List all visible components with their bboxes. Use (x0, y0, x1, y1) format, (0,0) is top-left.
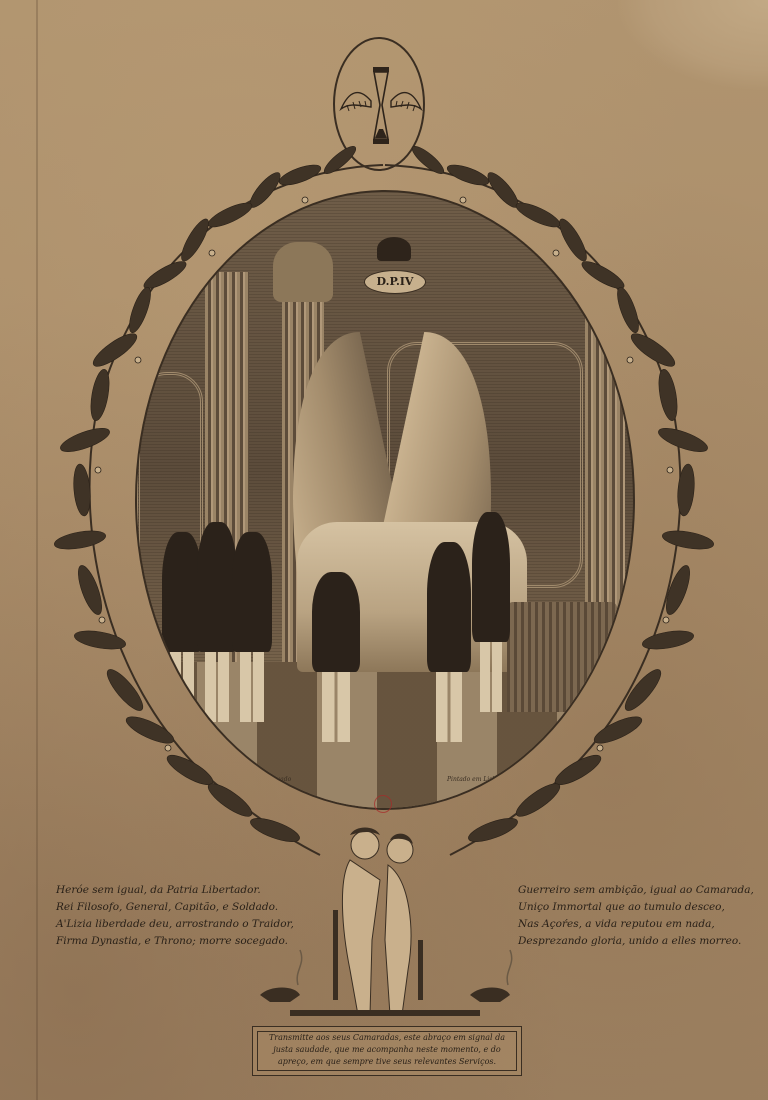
column-capital (273, 242, 333, 302)
deathbed-scene: D.P.IV J. J. F. Gravado Pintado em Lisbo… (135, 190, 635, 810)
officer-figure (232, 532, 272, 652)
royal-cipher: D.P.IV (364, 270, 426, 294)
verses-right: Guerreiro sem ambição, igual ao Camarada… (518, 882, 754, 950)
plaque-line: apreço, em que sempre tive seus relevant… (261, 1056, 513, 1068)
verse-line: Guerreiro sem ambição, igual ao Camarada… (518, 882, 754, 899)
verse-line: Nas Açoŕes, a vida reputou em nada, (518, 916, 754, 933)
verse-line: Uniço Immortal que ao tumulo desceo, (518, 899, 754, 916)
officer-figure (472, 512, 510, 642)
plaque-inscription: Transmitte aos seus Camaradas, este abra… (261, 1029, 513, 1068)
officer-with-sword-figure (427, 542, 471, 672)
officer-figure (162, 532, 202, 652)
engraving-print: D.P.IV J. J. F. Gravado Pintado em Lisbo… (0, 0, 768, 1100)
officer-figure (197, 522, 237, 652)
painter-signature: Pintado em Lisboa 1834 (447, 776, 521, 783)
side-table (507, 602, 617, 712)
two-cherubs-embracing (250, 820, 520, 1020)
oil-lamp-icon (260, 988, 510, 1003)
embracing-officer-figure (312, 572, 360, 672)
crown-icon (377, 237, 411, 261)
inscription-plaque: Transmitte aos seus Camaradas, este abra… (252, 1026, 522, 1076)
plaque-line: justa saudade, que me acompanha neste mo… (261, 1044, 513, 1056)
plaque-line: Transmitte aos seus Camaradas, este abra… (261, 1032, 513, 1044)
verse-line: Desprezando gloria, unido a elles morreo… (518, 933, 754, 950)
engraver-signature: J. J. F. Gravado (247, 776, 291, 783)
library-stamp (374, 795, 392, 813)
